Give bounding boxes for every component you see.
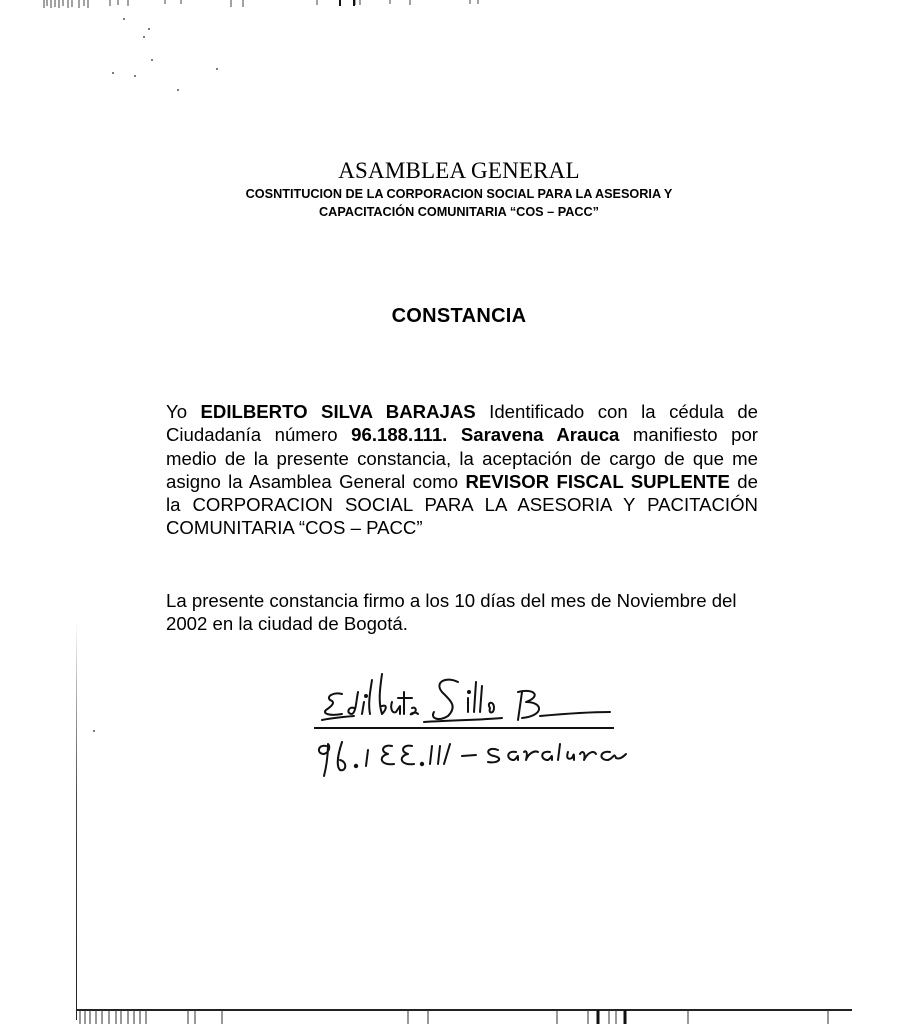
signing-date-paragraph: La presente constancia firmo a los 10 dí…	[166, 589, 758, 636]
scan-speck	[177, 89, 179, 91]
declaration-paragraph: Yo EDILBERTO SILVA BARAJAS Identificado …	[166, 400, 758, 540]
assembly-title: ASAMBLEA GENERAL	[0, 158, 918, 184]
organization-subtitle-line1: COSNTITUCION DE LA CORPORACION SOCIAL PA…	[18, 186, 899, 202]
scan-speck	[112, 72, 114, 74]
scan-speck	[93, 730, 95, 732]
id-number: 96.188.111. Saravena Arauca	[351, 424, 619, 445]
document-title: CONSTANCIA	[0, 305, 918, 328]
organization-subtitle-line2: CAPACITACIÓN COMUNITARIA “COS – PACC”	[18, 204, 899, 220]
signature-line	[314, 727, 614, 729]
document-header: ASAMBLEA GENERAL COSNTITUCION DE LA CORP…	[0, 158, 918, 220]
scan-speck	[123, 18, 125, 20]
scan-speck	[143, 36, 145, 38]
scan-margin-line	[76, 620, 77, 1020]
signature-block	[312, 672, 692, 792]
text-segment: Yo	[166, 401, 201, 422]
scan-speck	[151, 59, 153, 61]
declarant-name: EDILBERTO SILVA BARAJAS	[201, 401, 476, 422]
handwritten-signature	[312, 672, 692, 792]
scan-edge-marks-top	[0, 0, 918, 14]
scan-speck	[216, 68, 218, 70]
scan-edge-marks-bottom	[0, 1002, 918, 1024]
assigned-position: REVISOR FISCAL SUPLENTE	[465, 471, 729, 492]
scan-speck	[134, 75, 136, 77]
scan-speck	[148, 28, 150, 30]
